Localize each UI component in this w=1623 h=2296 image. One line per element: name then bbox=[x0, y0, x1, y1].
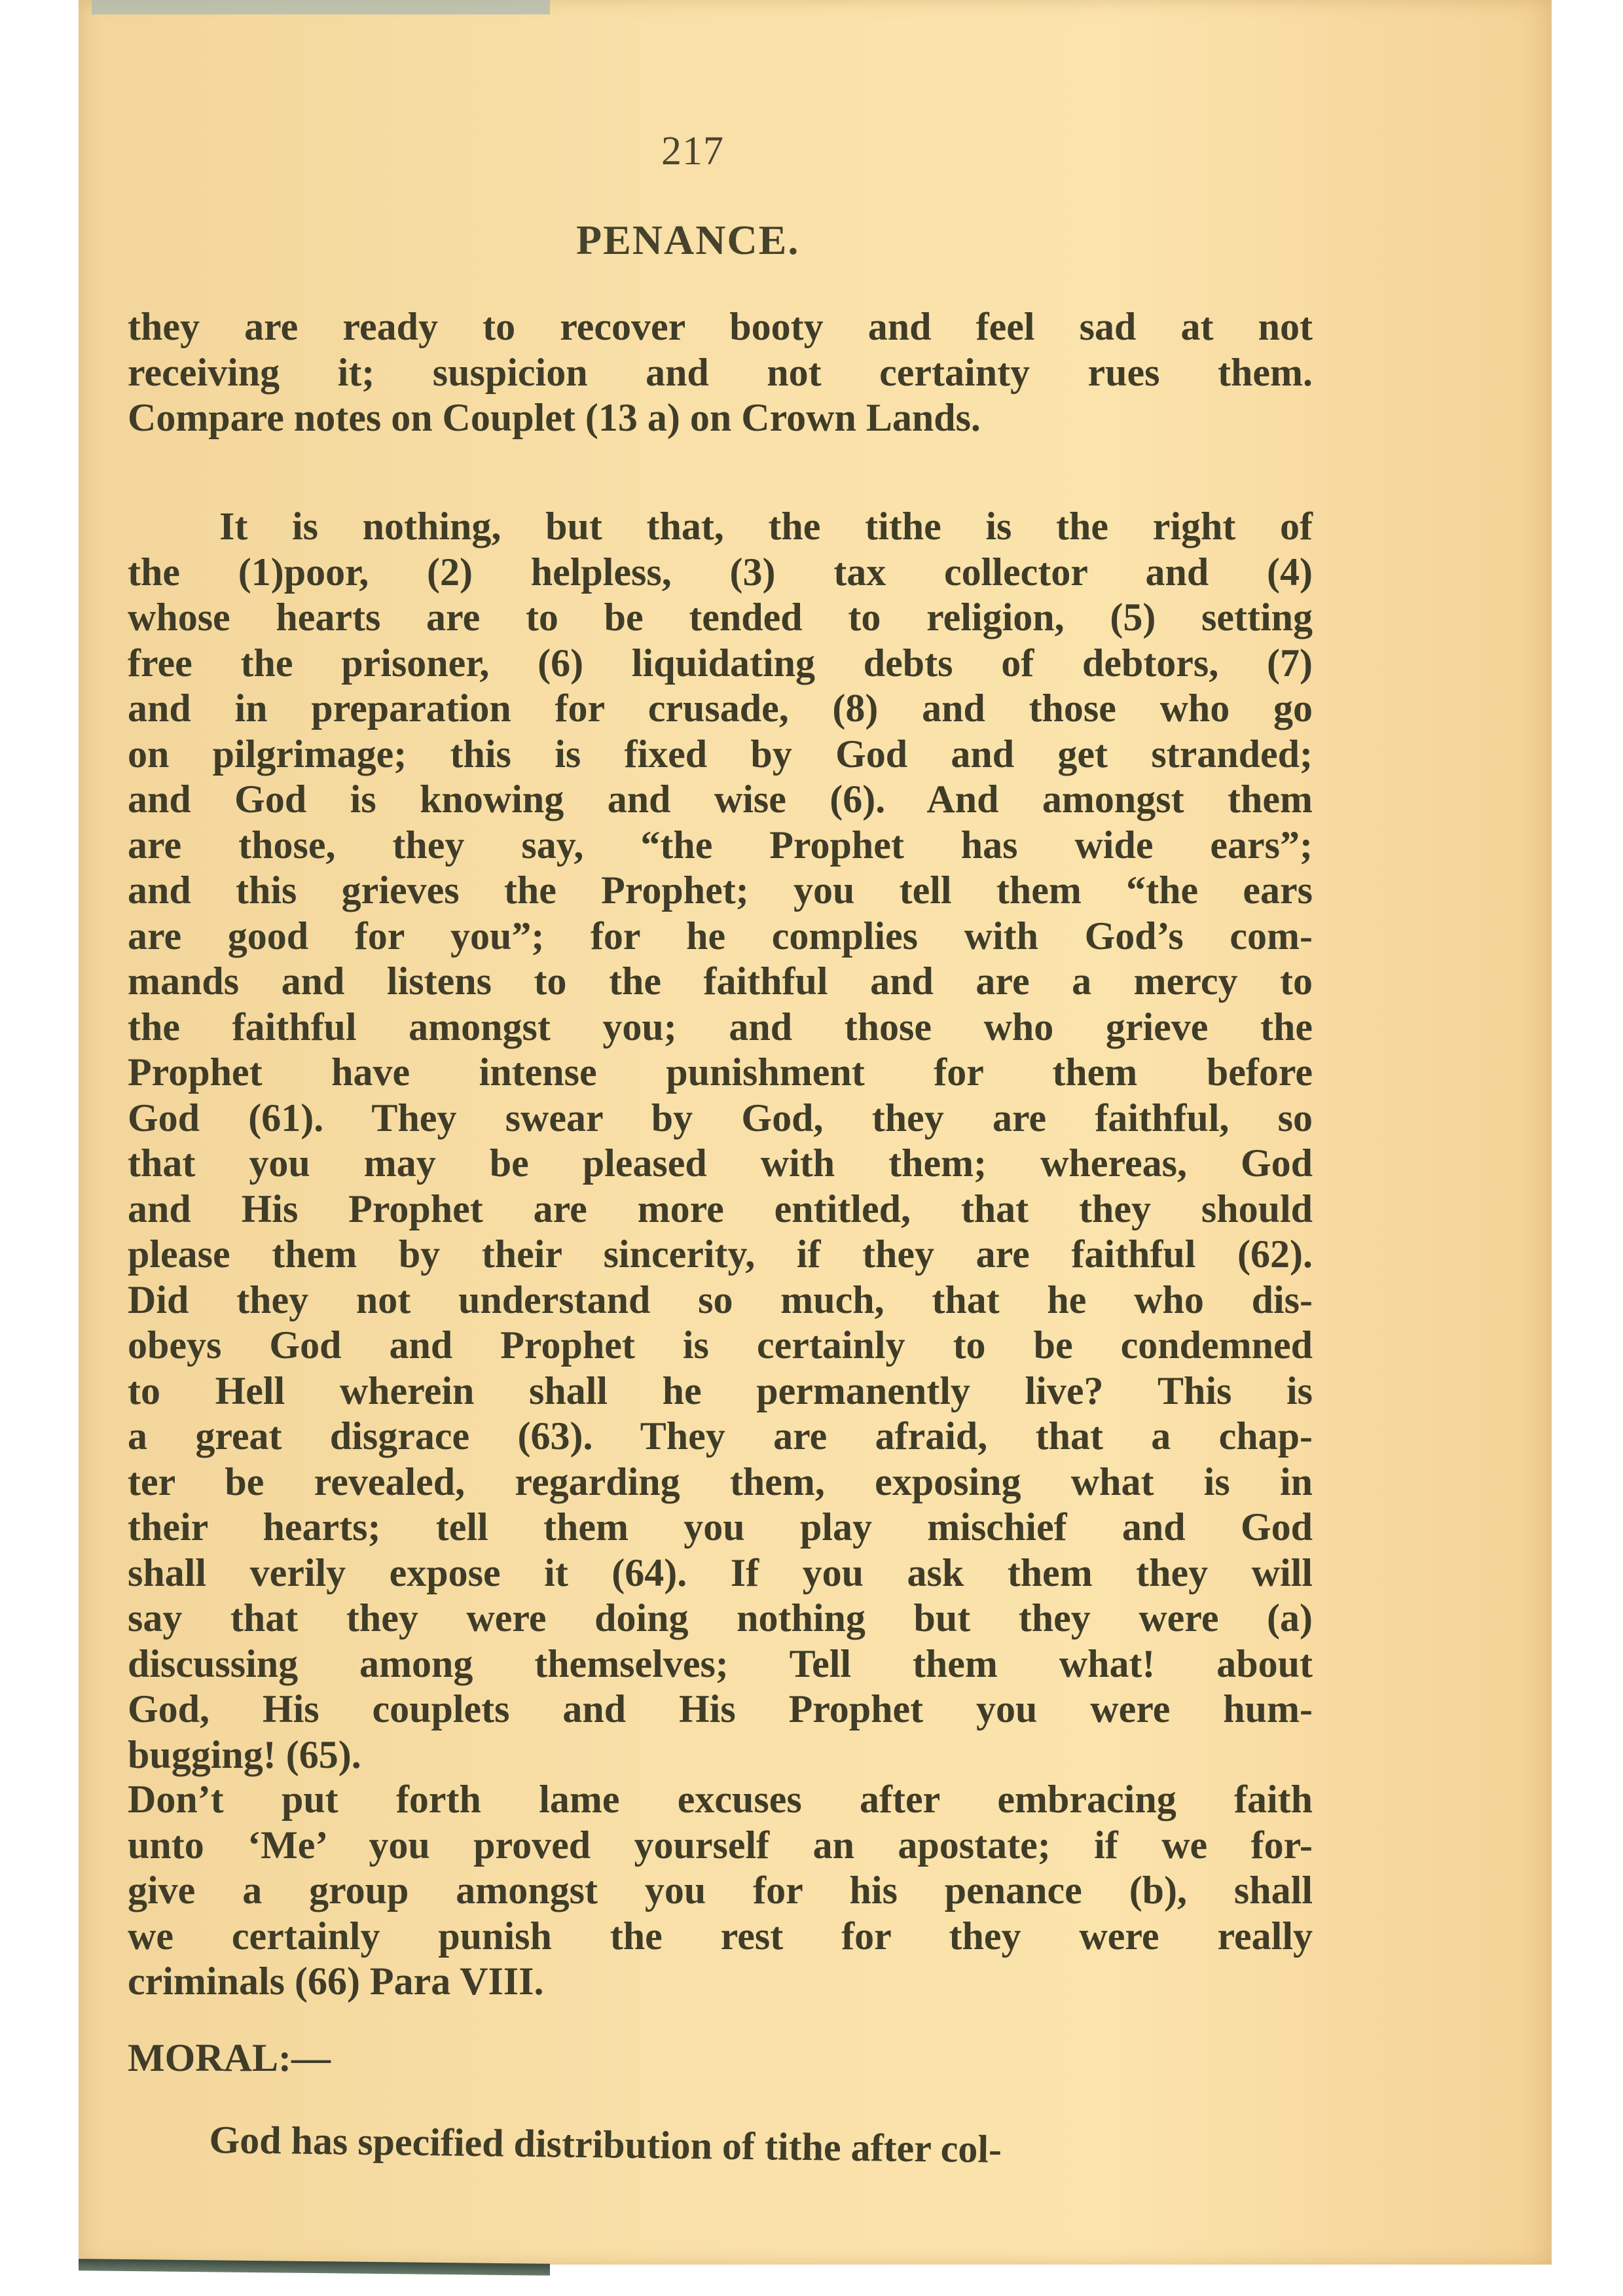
text-line: on pilgrimage; this is fixed by God and … bbox=[128, 732, 1313, 778]
text-line: criminals (66) Para VIII. bbox=[128, 1959, 1313, 2005]
text-line: Compare notes on Couplet (13 a) on Crown… bbox=[128, 395, 1313, 441]
text-line: God, His couplets and His Prophet you we… bbox=[128, 1687, 1313, 1732]
text-line: to Hell wherein shall he permanently liv… bbox=[128, 1369, 1313, 1414]
body-paragraph: It is nothing, but that, the tithe is th… bbox=[128, 504, 1313, 1778]
text-line: they are ready to recover booty and feel… bbox=[128, 304, 1313, 350]
text-line: shall verily expose it (64). If you ask … bbox=[128, 1551, 1313, 1596]
text-line: are good for you”; for he complies with … bbox=[128, 914, 1313, 960]
closing-paragraph: Don’t put forth lame excuses after embra… bbox=[128, 1777, 1313, 2005]
moral-heading: MORAL:— bbox=[128, 2036, 331, 2081]
text-line: give a group amongst you for his penance… bbox=[128, 1868, 1313, 1914]
intro-paragraph: they are ready to recover booty and feel… bbox=[128, 304, 1313, 441]
text-line: whose hearts are to be tended to religio… bbox=[128, 595, 1313, 641]
text-line: God (61). They swear by God, they are fa… bbox=[128, 1096, 1313, 1141]
text-line: bugging! (65). bbox=[128, 1732, 1313, 1778]
text-line: please them by their sincerity, if they … bbox=[128, 1232, 1313, 1278]
text-line: the faithful amongst you; and those who … bbox=[128, 1005, 1313, 1050]
text-line: ter be revealed, regarding them, exposin… bbox=[128, 1460, 1313, 1505]
text-line: It is nothing, but that, the tithe is th… bbox=[128, 504, 1313, 550]
text-line: Prophet have intense punishment for them… bbox=[128, 1050, 1313, 1096]
text-line: Did they not understand so much, that he… bbox=[128, 1278, 1313, 1323]
text-line: and this grieves the Prophet; you tell t… bbox=[128, 868, 1313, 914]
page-number: 217 bbox=[661, 128, 724, 175]
scan-edge-strip bbox=[92, 0, 550, 14]
text-line: the (1)poor, (2) helpless, (3) tax colle… bbox=[128, 550, 1313, 596]
text-line: and in preparation for crusade, (8) and … bbox=[128, 686, 1313, 732]
text-line: unto ‘Me’ you proved yourself an apostat… bbox=[128, 1823, 1313, 1869]
text-line: receiving it; suspicion and not certaint… bbox=[128, 350, 1313, 396]
text-line: and His Prophet are more entitled, that … bbox=[128, 1187, 1313, 1232]
text-line: their hearts; tell them you play mischie… bbox=[128, 1505, 1313, 1551]
text-line: say that they were doing nothing but the… bbox=[128, 1596, 1313, 1641]
text-line: Don’t put forth lame excuses after embra… bbox=[128, 1777, 1313, 1823]
text-line: we certainly punish the rest for they we… bbox=[128, 1914, 1313, 1960]
text-line: free the prisoner, (6) liquidating debts… bbox=[128, 641, 1313, 687]
text-line: discussing among themselves; Tell them w… bbox=[128, 1641, 1313, 1687]
chapter-title: PENANCE. bbox=[576, 216, 799, 264]
text-line: are those, they say, “the Prophet has wi… bbox=[128, 823, 1313, 869]
text-line: mands and listens to the faithful and ar… bbox=[128, 959, 1313, 1005]
text-line: a great disgrace (63). They are afraid, … bbox=[128, 1414, 1313, 1460]
text-line: that you may be pleased with them; where… bbox=[128, 1141, 1313, 1187]
text-line: and God is knowing and wise (6). And amo… bbox=[128, 777, 1313, 823]
text-line: obeys God and Prophet is certainly to be… bbox=[128, 1323, 1313, 1369]
